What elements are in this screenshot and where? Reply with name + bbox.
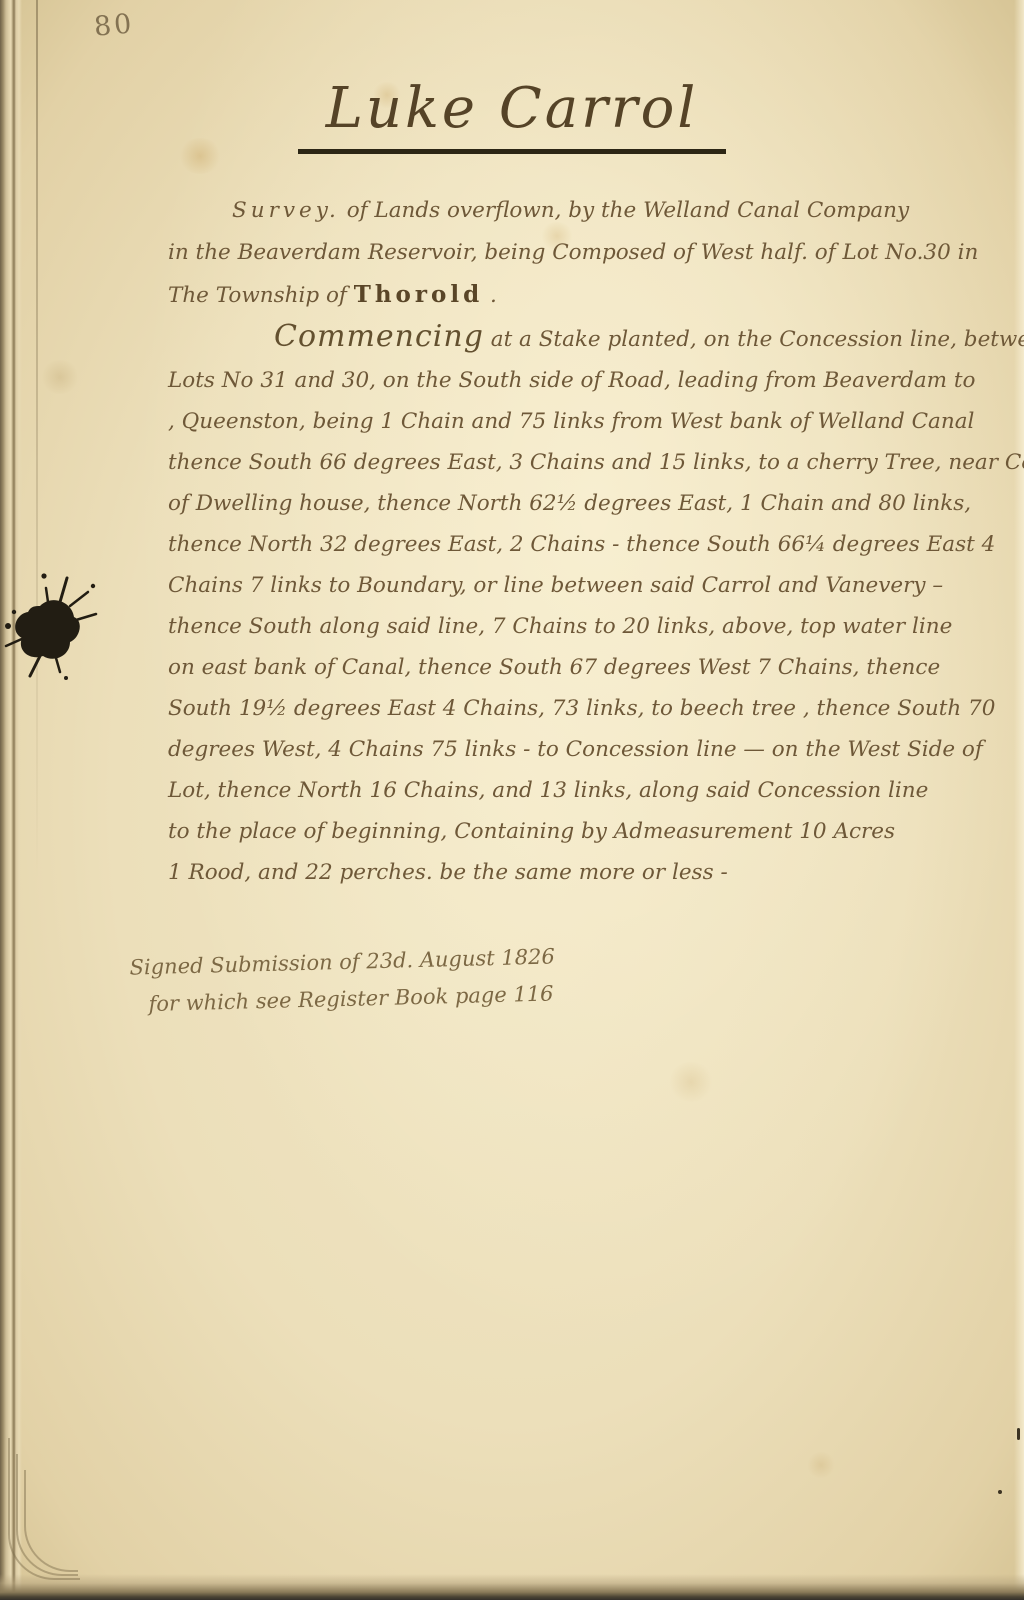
page-bottom-edge <box>0 1574 1024 1600</box>
metes-line: South 19½ degrees East 4 Chains, 73 link… <box>168 688 1024 729</box>
entry-title: Luke Carrol <box>0 76 1024 154</box>
commencing-paragraph: Commencing at a Stake planted, on the Co… <box>168 316 1024 893</box>
township-prefix: The Township of <box>168 283 354 308</box>
ink-blot <box>0 562 110 684</box>
edge-speck <box>998 1490 1002 1494</box>
survey-lead-rest: of Lands overflown, by the Welland Canal… <box>340 198 909 223</box>
paper-stain <box>668 1062 714 1102</box>
metes-line: degrees West, 4 Chains 75 links - to Con… <box>168 729 1024 770</box>
metes-line: Lots No 31 and 30, on the South side of … <box>168 360 1024 401</box>
entry-title-text: Luke Carrol <box>298 76 727 154</box>
commencing-lead-rest: at a Stake planted, on the Concession li… <box>484 327 1024 352</box>
metes-line: thence South along said line, 7 Chains t… <box>168 606 1024 647</box>
metes-line: thence North 32 degrees East, 2 Chains -… <box>168 524 1024 565</box>
metes-line: of Dwelling house, thence North 62½ degr… <box>168 483 1024 524</box>
township-suffix: . <box>483 283 497 308</box>
metes-line: , Queenston, being 1 Chain and 75 links … <box>168 401 1024 442</box>
metes-line: Lot, thence North 16 Chains, and 13 link… <box>168 770 1024 811</box>
book-binding-edge <box>0 0 22 1600</box>
metes-line: to the place of beginning, Containing by… <box>168 811 1024 852</box>
survey-paragraph: Survey. of Lands overflown, by the Wella… <box>168 190 1020 317</box>
survey-lead-word: Survey. <box>232 198 340 223</box>
commencing-lead-word: Commencing <box>274 319 484 354</box>
metes-line: on east bank of Canal, thence South 67 d… <box>168 647 1024 688</box>
survey-township-line: The Township of Thorold . <box>168 274 1020 317</box>
metes-line: Chains 7 links to Boundary, or line betw… <box>168 565 1024 606</box>
metes-line: 1 Rood, and 22 perches. be the same more… <box>168 852 1024 893</box>
township-name: Thorold <box>354 281 483 308</box>
ledger-page-scan: 80 Luke Carrol Survey. of Lands overflow… <box>0 0 1024 1600</box>
survey-line: in the Beaverdam Reservoir, being Compos… <box>168 232 1020 274</box>
edge-speck <box>1017 1428 1020 1440</box>
survey-lead-line: Survey. of Lands overflown, by the Wella… <box>168 190 1020 232</box>
commencing-lead-line: Commencing at a Stake planted, on the Co… <box>168 316 1024 360</box>
paper-stain <box>40 360 80 394</box>
registry-note: Signed Submission of 23d. August 1826 fo… <box>129 938 556 1023</box>
page-number: 80 <box>93 8 136 42</box>
metes-line: thence South 66 degrees East, 3 Chains a… <box>168 442 1024 483</box>
paper-stain <box>806 1452 836 1478</box>
